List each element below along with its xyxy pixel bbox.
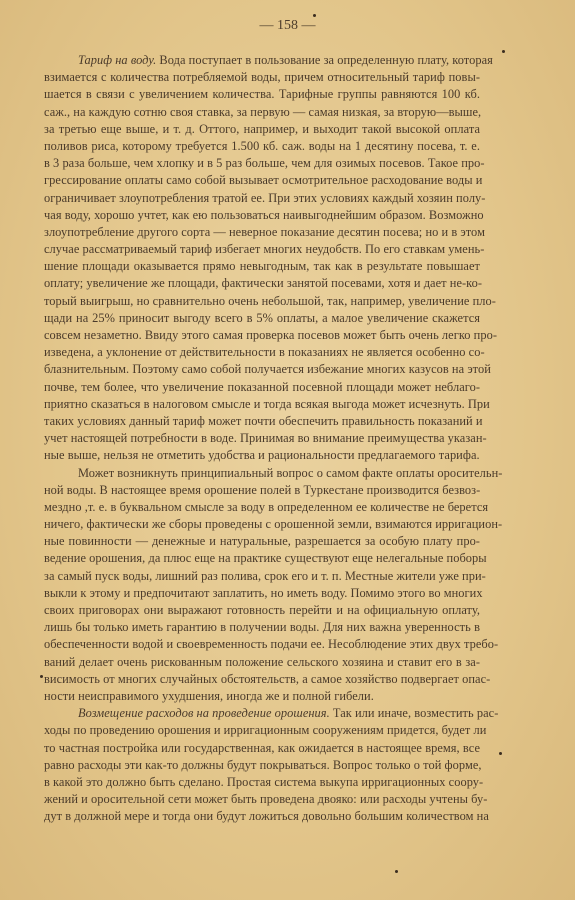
text-line: случае рассматриваемый тариф избегает мн…	[44, 241, 480, 258]
text-line: чая воду, хорошо учтет, как ею пользоват…	[44, 207, 480, 224]
text-line: висимость от многих случайных обстоятель…	[44, 671, 480, 688]
text-line: ные выше, нельзя не отметить удобства и …	[44, 447, 480, 464]
text-line: ограничивает злоупотребления тратой ее. …	[44, 190, 480, 207]
text-line: взимается с количества потребляемой воды…	[44, 69, 480, 86]
text-line: совсем незаметно. Ввиду этого самая пров…	[44, 327, 480, 344]
text-line: грессирование оплаты само собой вызывает…	[44, 172, 480, 189]
text-line: Может возникнуть принципиальный вопрос о…	[44, 465, 480, 482]
text-line: Возмещение расходов на проведение орошен…	[44, 705, 480, 722]
text-line: в 3 раза больше, чем хлопку и в 5 раз бо…	[44, 155, 480, 172]
text-line: ходы по проведению орошения и ирригацион…	[44, 722, 480, 739]
text-line: ничего, фактически же сборы проведены с …	[44, 516, 480, 533]
section-heading-water-tariff: Тариф на воду.	[78, 53, 156, 67]
text-line: Тариф на воду. Вода поступает в пользова…	[44, 52, 480, 69]
text-line: изведена, а уклонение от действительност…	[44, 344, 480, 361]
text-line: выкли к этому и предпочитают заплатить, …	[44, 585, 480, 602]
text-line: ные повинности — денежные и натуральные,…	[44, 533, 480, 550]
text-line: обеспеченности водой и своевременность п…	[44, 636, 480, 653]
paper-speck	[499, 752, 502, 755]
text-line: саж., на каждую сотню своя ставка, за пе…	[44, 104, 480, 121]
text-line: блазнительным. Поэтому само собой получа…	[44, 361, 480, 378]
text-line: шается в связи с увеличением количества.…	[44, 86, 480, 103]
paper-speck	[502, 50, 505, 53]
text-line: мездно ,т. е. в буквальном смысле за вод…	[44, 499, 480, 516]
text-line: ной воды. В настоящее время орошение пол…	[44, 482, 480, 499]
text-line: злоупотребление другого сорта — неверное…	[44, 224, 480, 241]
paper-speck	[40, 675, 43, 678]
text-line: почве, тем более, что увеличение показан…	[44, 379, 480, 396]
text-line: то частная постройка или государственная…	[44, 740, 480, 757]
text-line: торый выигрыш, но сравнительно очень неб…	[44, 293, 480, 310]
section-heading-cost-recovery: Возмещение расходов на проведение орошен…	[78, 706, 330, 720]
text-line: поливов риса, которому требуется 1.500 к…	[44, 138, 480, 155]
text-line: жений и оросительной сети может быть про…	[44, 791, 480, 808]
page-number: — 158 —	[0, 18, 575, 34]
text-line: ности неисправимого ухудшения, иногда же…	[44, 688, 480, 705]
paper-speck	[313, 14, 316, 17]
text-line: шение площади оказывается прямо невыгодн…	[44, 258, 480, 275]
text-line: равно расходы эти как-то должны будут по…	[44, 757, 480, 774]
text-line: лишь бы только иметь гарантию в получени…	[44, 619, 480, 636]
text-line: своих приговорах они выражают готовность…	[44, 602, 480, 619]
text-line: дут в должной мере и тогда они будут лож…	[44, 808, 480, 825]
text-line: за третью еще выше, и т. д. Оттого, напр…	[44, 121, 480, 138]
text-line: щади на 25% приносит выгоду всего в 5% о…	[44, 310, 480, 327]
text-line: в какой это должно быть сделано. Простая…	[44, 774, 480, 791]
text-line: приятно сказаться в налоговом смысле и т…	[44, 396, 480, 413]
text-line: ведение орошения, да плюс еще на практик…	[44, 550, 480, 567]
paper-speck	[395, 870, 398, 873]
page-body: Тариф на воду. Вода поступает в пользова…	[44, 52, 480, 825]
text-line: оплату; увеличение же площади, фактическ…	[44, 275, 480, 292]
text-line: учет настоящей потребности в воде. Прини…	[44, 430, 480, 447]
text-line: за самый пуск воды, лишний раз полива, с…	[44, 568, 480, 585]
text-line: ваний делает очень рискованным положение…	[44, 654, 480, 671]
text-line: таких условиях данный тариф может почти …	[44, 413, 480, 430]
